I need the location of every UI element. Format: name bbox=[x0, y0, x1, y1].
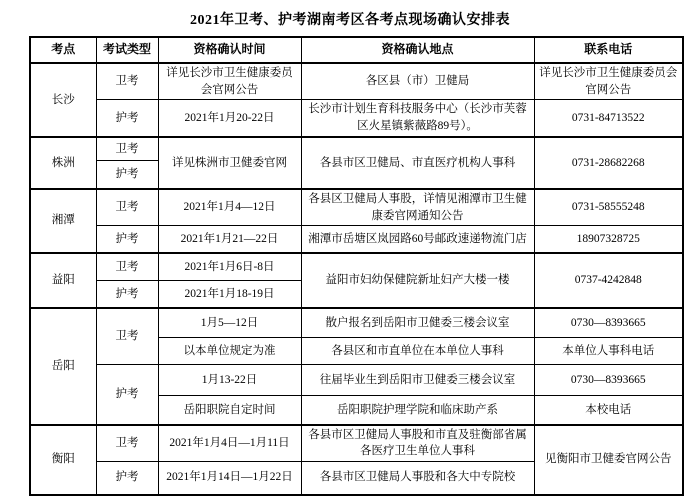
exam-type-cell: 护考 bbox=[96, 462, 158, 495]
table-row: 湘潭 卫考 2021年1月4—12日 各县区卫健局人事股，详情见湘潭市卫生健康委… bbox=[30, 189, 683, 226]
time-cell: 2021年1月4日—1月11日 bbox=[158, 425, 301, 462]
phone-cell: 详见长沙市卫生健康委员会官网公告 bbox=[534, 63, 683, 100]
time-cell: 2021年1月18-19日 bbox=[158, 281, 301, 308]
table-row: 益阳 卫考 2021年1月6日-8日 益阳市妇幼保健院新址妇产大楼一楼 0737… bbox=[30, 253, 683, 281]
exam-type-cell: 护考 bbox=[96, 365, 158, 425]
phone-cell: 本校电话 bbox=[534, 396, 683, 425]
place-cell: 各县市区卫健局、市直医疗机构人事科 bbox=[301, 137, 534, 189]
exam-type-cell: 卫考 bbox=[96, 425, 158, 462]
time-cell: 2021年1月4—12日 bbox=[158, 189, 301, 226]
col-header-phone: 联系电话 bbox=[534, 37, 683, 63]
place-cell: 散户报名到岳阳市卫健委三楼会议室 bbox=[301, 308, 534, 338]
place-cell: 各县市区卫健局人事股和各大中专院校 bbox=[301, 462, 534, 495]
phone-cell: 0737-4242848 bbox=[534, 253, 683, 308]
place-cell: 岳阳职院护理学院和临床助产系 bbox=[301, 396, 534, 425]
header-row: 考点 考试类型 资格确认时间 资格确认地点 联系电话 bbox=[30, 37, 683, 63]
table-row: 护考 2021年1月21—22日 湘潭市岳塘区岚园路60号邮政速递物流门店 18… bbox=[30, 226, 683, 253]
col-header-city: 考点 bbox=[30, 37, 96, 63]
time-cell: 2021年1月21—22日 bbox=[158, 226, 301, 253]
col-header-confirm-place: 资格确认地点 bbox=[301, 37, 534, 63]
place-cell: 长沙市计划生育科技服务中心（长沙市芙蓉区火星镇紫薇路89号）。 bbox=[301, 100, 534, 137]
place-cell: 各县区卫健局人事股，详情见湘潭市卫生健康委官网通知公告 bbox=[301, 189, 534, 226]
time-cell: 岳阳职院自定时间 bbox=[158, 396, 301, 425]
phone-cell: 18907328725 bbox=[534, 226, 683, 253]
time-cell: 2021年1月14日—1月22日 bbox=[158, 462, 301, 495]
city-cell: 株洲 bbox=[30, 137, 96, 189]
exam-type-cell: 卫考 bbox=[96, 189, 158, 226]
confirmation-schedule-table: 考点 考试类型 资格确认时间 资格确认地点 联系电话 长沙 卫考 详见长沙市卫生… bbox=[29, 36, 684, 496]
phone-cell: 0731-28682268 bbox=[534, 137, 683, 189]
page-title: 2021年卫考、护考湖南考区各考点现场确认安排表 bbox=[0, 0, 700, 36]
city-cell: 湘潭 bbox=[30, 189, 96, 253]
place-cell: 各县区和市直单位在本单位人事科 bbox=[301, 338, 534, 365]
time-cell: 详见株洲市卫健委官网 bbox=[158, 137, 301, 189]
phone-cell: 本单位人事科电话 bbox=[534, 338, 683, 365]
exam-type-cell: 卫考 bbox=[96, 308, 158, 365]
table-row: 护考 2021年1月20-22日 长沙市计划生育科技服务中心（长沙市芙蓉区火星镇… bbox=[30, 100, 683, 137]
place-cell: 益阳市妇幼保健院新址妇产大楼一楼 bbox=[301, 253, 534, 308]
time-cell: 2021年1月6日-8日 bbox=[158, 253, 301, 281]
place-cell: 各区县（市）卫健局 bbox=[301, 63, 534, 100]
place-cell: 各县市区卫健局人事股和市直及驻衡部省属各医疗卫生单位人事科 bbox=[301, 425, 534, 462]
time-cell: 以本单位规定为准 bbox=[158, 338, 301, 365]
exam-type-cell: 护考 bbox=[96, 226, 158, 253]
time-cell: 1月13-22日 bbox=[158, 365, 301, 396]
exam-type-cell: 卫考 bbox=[96, 63, 158, 100]
city-cell: 长沙 bbox=[30, 63, 96, 137]
time-cell: 1月5—12日 bbox=[158, 308, 301, 338]
table-row: 衡阳 卫考 2021年1月4日—1月11日 各县市区卫健局人事股和市直及驻衡部省… bbox=[30, 425, 683, 462]
exam-type-cell: 卫考 bbox=[96, 137, 158, 161]
city-cell: 益阳 bbox=[30, 253, 96, 308]
col-header-exam-type: 考试类型 bbox=[96, 37, 158, 63]
phone-cell: 0730—8393665 bbox=[534, 308, 683, 338]
phone-cell: 见衡阳市卫健委官网公告 bbox=[534, 425, 683, 495]
city-cell: 衡阳 bbox=[30, 425, 96, 495]
place-cell: 往届毕业生到岳阳市卫健委三楼会议室 bbox=[301, 365, 534, 396]
exam-type-cell: 卫考 bbox=[96, 253, 158, 281]
table-row: 护考 1月13-22日 往届毕业生到岳阳市卫健委三楼会议室 0730—83936… bbox=[30, 365, 683, 396]
exam-type-cell: 护考 bbox=[96, 281, 158, 308]
phone-cell: 0731-84713522 bbox=[534, 100, 683, 137]
city-cell: 岳阳 bbox=[30, 308, 96, 425]
place-cell: 湘潭市岳塘区岚园路60号邮政速递物流门店 bbox=[301, 226, 534, 253]
table-row: 岳阳 卫考 1月5—12日 散户报名到岳阳市卫健委三楼会议室 0730—8393… bbox=[30, 308, 683, 338]
time-cell: 2021年1月20-22日 bbox=[158, 100, 301, 137]
time-cell: 详见长沙市卫生健康委员会官网公告 bbox=[158, 63, 301, 100]
table-row: 株洲 卫考 详见株洲市卫健委官网 各县市区卫健局、市直医疗机构人事科 0731-… bbox=[30, 137, 683, 161]
exam-type-cell: 护考 bbox=[96, 100, 158, 137]
col-header-confirm-time: 资格确认时间 bbox=[158, 37, 301, 63]
phone-cell: 0730—8393665 bbox=[534, 365, 683, 396]
exam-type-cell: 护考 bbox=[96, 161, 158, 189]
table-row: 长沙 卫考 详见长沙市卫生健康委员会官网公告 各区县（市）卫健局 详见长沙市卫生… bbox=[30, 63, 683, 100]
phone-cell: 0731-58555248 bbox=[534, 189, 683, 226]
